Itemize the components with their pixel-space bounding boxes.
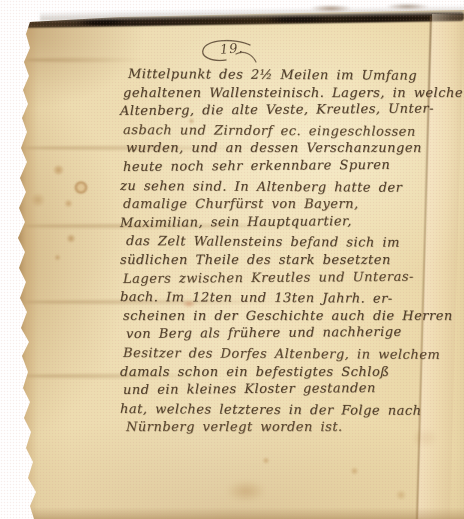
manuscript-line: südlichen Theile des stark besetzten [120, 252, 458, 271]
scan-top-smudge [280, 3, 450, 12]
manuscript-line: hat, welches letzteres in der Folge nach [120, 401, 458, 422]
handwritten-text: Mittelpunkt des 2½ Meilen im Umfang geha… [120, 66, 458, 438]
manuscript-line: Mittelpunkt des 2½ Meilen im Umfang [128, 66, 458, 87]
manuscript-line: und ein kleines Kloster gestanden [123, 379, 458, 400]
torn-left-edge [16, 14, 38, 519]
stain-spot [74, 181, 88, 194]
manuscript-line: heute noch sehr erkennbare Spuren [123, 156, 458, 177]
manuscript-line: Altenberg, die alte Veste, Kreutles, Unt… [120, 101, 458, 122]
stain-spot [262, 457, 270, 464]
manuscript-line: zu sehen sind. In Altenberg hatte der [120, 178, 458, 199]
stain-spot [226, 480, 266, 502]
manuscript-line: Besitzer des Dorfes Altenberg, in welche… [123, 345, 458, 366]
manuscript-line: bach. Im 12ten und 13ten Jahrh. er- [120, 289, 458, 310]
page-number-text: 19. [220, 41, 245, 58]
stain-spot [350, 467, 359, 475]
stain-spot [64, 199, 73, 208]
scanned-manuscript: 19. Mittelpunkt des 2½ Meilen im Umfang … [0, 0, 464, 519]
bottom-page-shadow [24, 507, 464, 519]
manuscript-line: von Berg als frühere und nachherige [126, 324, 458, 345]
manuscript-page: 19. Mittelpunkt des 2½ Meilen im Umfang … [0, 0, 464, 519]
manuscript-line: Lagers zwischen Kreutles und Unteras- [123, 268, 458, 289]
page-number: 19. [196, 38, 266, 70]
manuscript-line: Maximilian, sein Hauptquartier, [120, 212, 458, 233]
manuscript-line: Nürnberg verlegt worden ist. [126, 419, 458, 438]
stain-spot [395, 490, 407, 500]
manuscript-line: asbach und Zirndorf ec. eingeschlossen [123, 122, 458, 143]
stain-spot [30, 193, 46, 207]
stain-spot [54, 254, 61, 261]
manuscript-line: das Zelt Wallensteins befand sich im [126, 233, 458, 254]
stain-spot [66, 234, 76, 243]
paper-crease [26, 58, 146, 62]
stain-spot [53, 165, 64, 175]
